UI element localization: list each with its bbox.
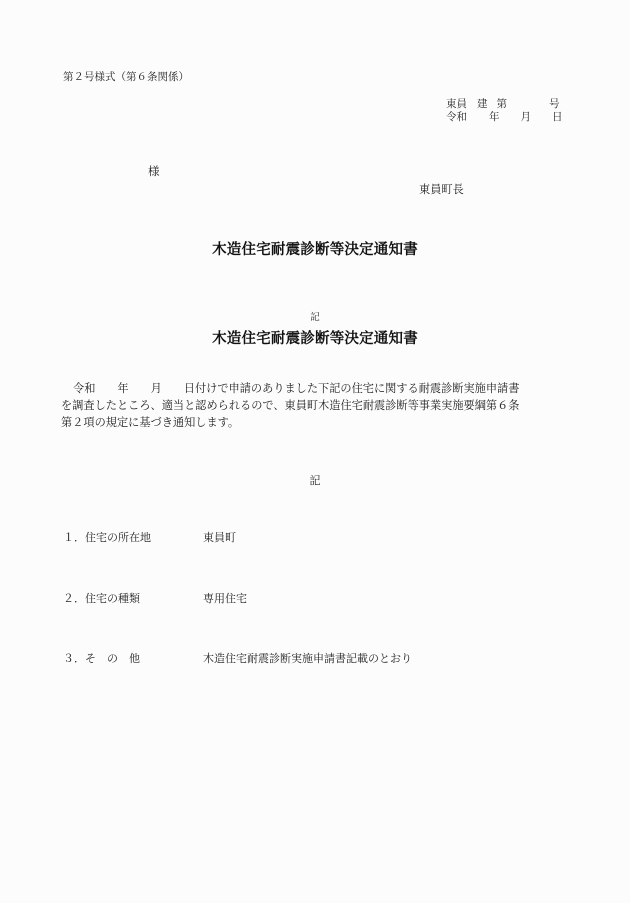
item-other: ３．そ の 他木造住宅耐震診断実施申請書記載のとおり (63, 652, 412, 666)
reference-number-line: 東員建第号 (446, 97, 560, 111)
issue-date-year: 年 (489, 111, 500, 123)
ki-mark: 記 (0, 472, 630, 488)
issue-date-day: 日 (552, 111, 563, 123)
issue-date-month: 月 (521, 111, 532, 123)
application-date-year: 年 (117, 382, 128, 395)
reference-dai: 第 (497, 98, 508, 110)
item-location: １．住宅の所在地東員町 (63, 531, 236, 545)
item-location-label: １．住宅の所在地 (63, 531, 203, 545)
reference-code: 建 (477, 98, 488, 110)
issue-date-era: 令和 (446, 111, 467, 123)
body-line-2: を調査したところ、適当と認められるので、東員町木造住宅耐震診断等事業実施要綱第６… (61, 397, 581, 414)
item-housing-type: ２．住宅の種類専用住宅 (63, 592, 247, 606)
reference-office: 東員 (446, 98, 467, 110)
form-label: 第２号様式（第６条関係） (63, 70, 189, 84)
addressee-honorific: 様 (148, 163, 160, 179)
body-paragraph: 令和年月日付けで申請のありました下記の住宅に関する耐震診断実施申請書 を調査した… (61, 380, 581, 431)
application-date-month: 月 (151, 382, 162, 395)
application-date-era: 令和 (73, 382, 95, 395)
item-other-label: ３．そ の 他 (63, 652, 203, 666)
body-line-1: 令和年月日付けで申請のありました下記の住宅に関する耐震診断実施申請書 (61, 380, 581, 397)
sender-name: 東員町長 (419, 181, 464, 197)
issue-date-line: 令和年月日 (446, 110, 563, 124)
item-housing-type-label: ２．住宅の種類 (63, 592, 203, 606)
ki-mark-small: 記 (0, 309, 630, 323)
item-other-value: 木造住宅耐震診断実施申請書記載のとおり (203, 652, 412, 665)
body-line-3: 第２項の規定に基づき通知します。 (61, 414, 581, 431)
reference-gou: 号 (549, 98, 560, 110)
document-title-secondary: 木造住宅耐震診断等決定通知書 (0, 327, 630, 348)
document-title: 木造住宅耐震診断等決定通知書 (0, 238, 630, 259)
item-housing-type-value: 専用住宅 (203, 592, 247, 605)
item-location-value: 東員町 (203, 531, 236, 544)
